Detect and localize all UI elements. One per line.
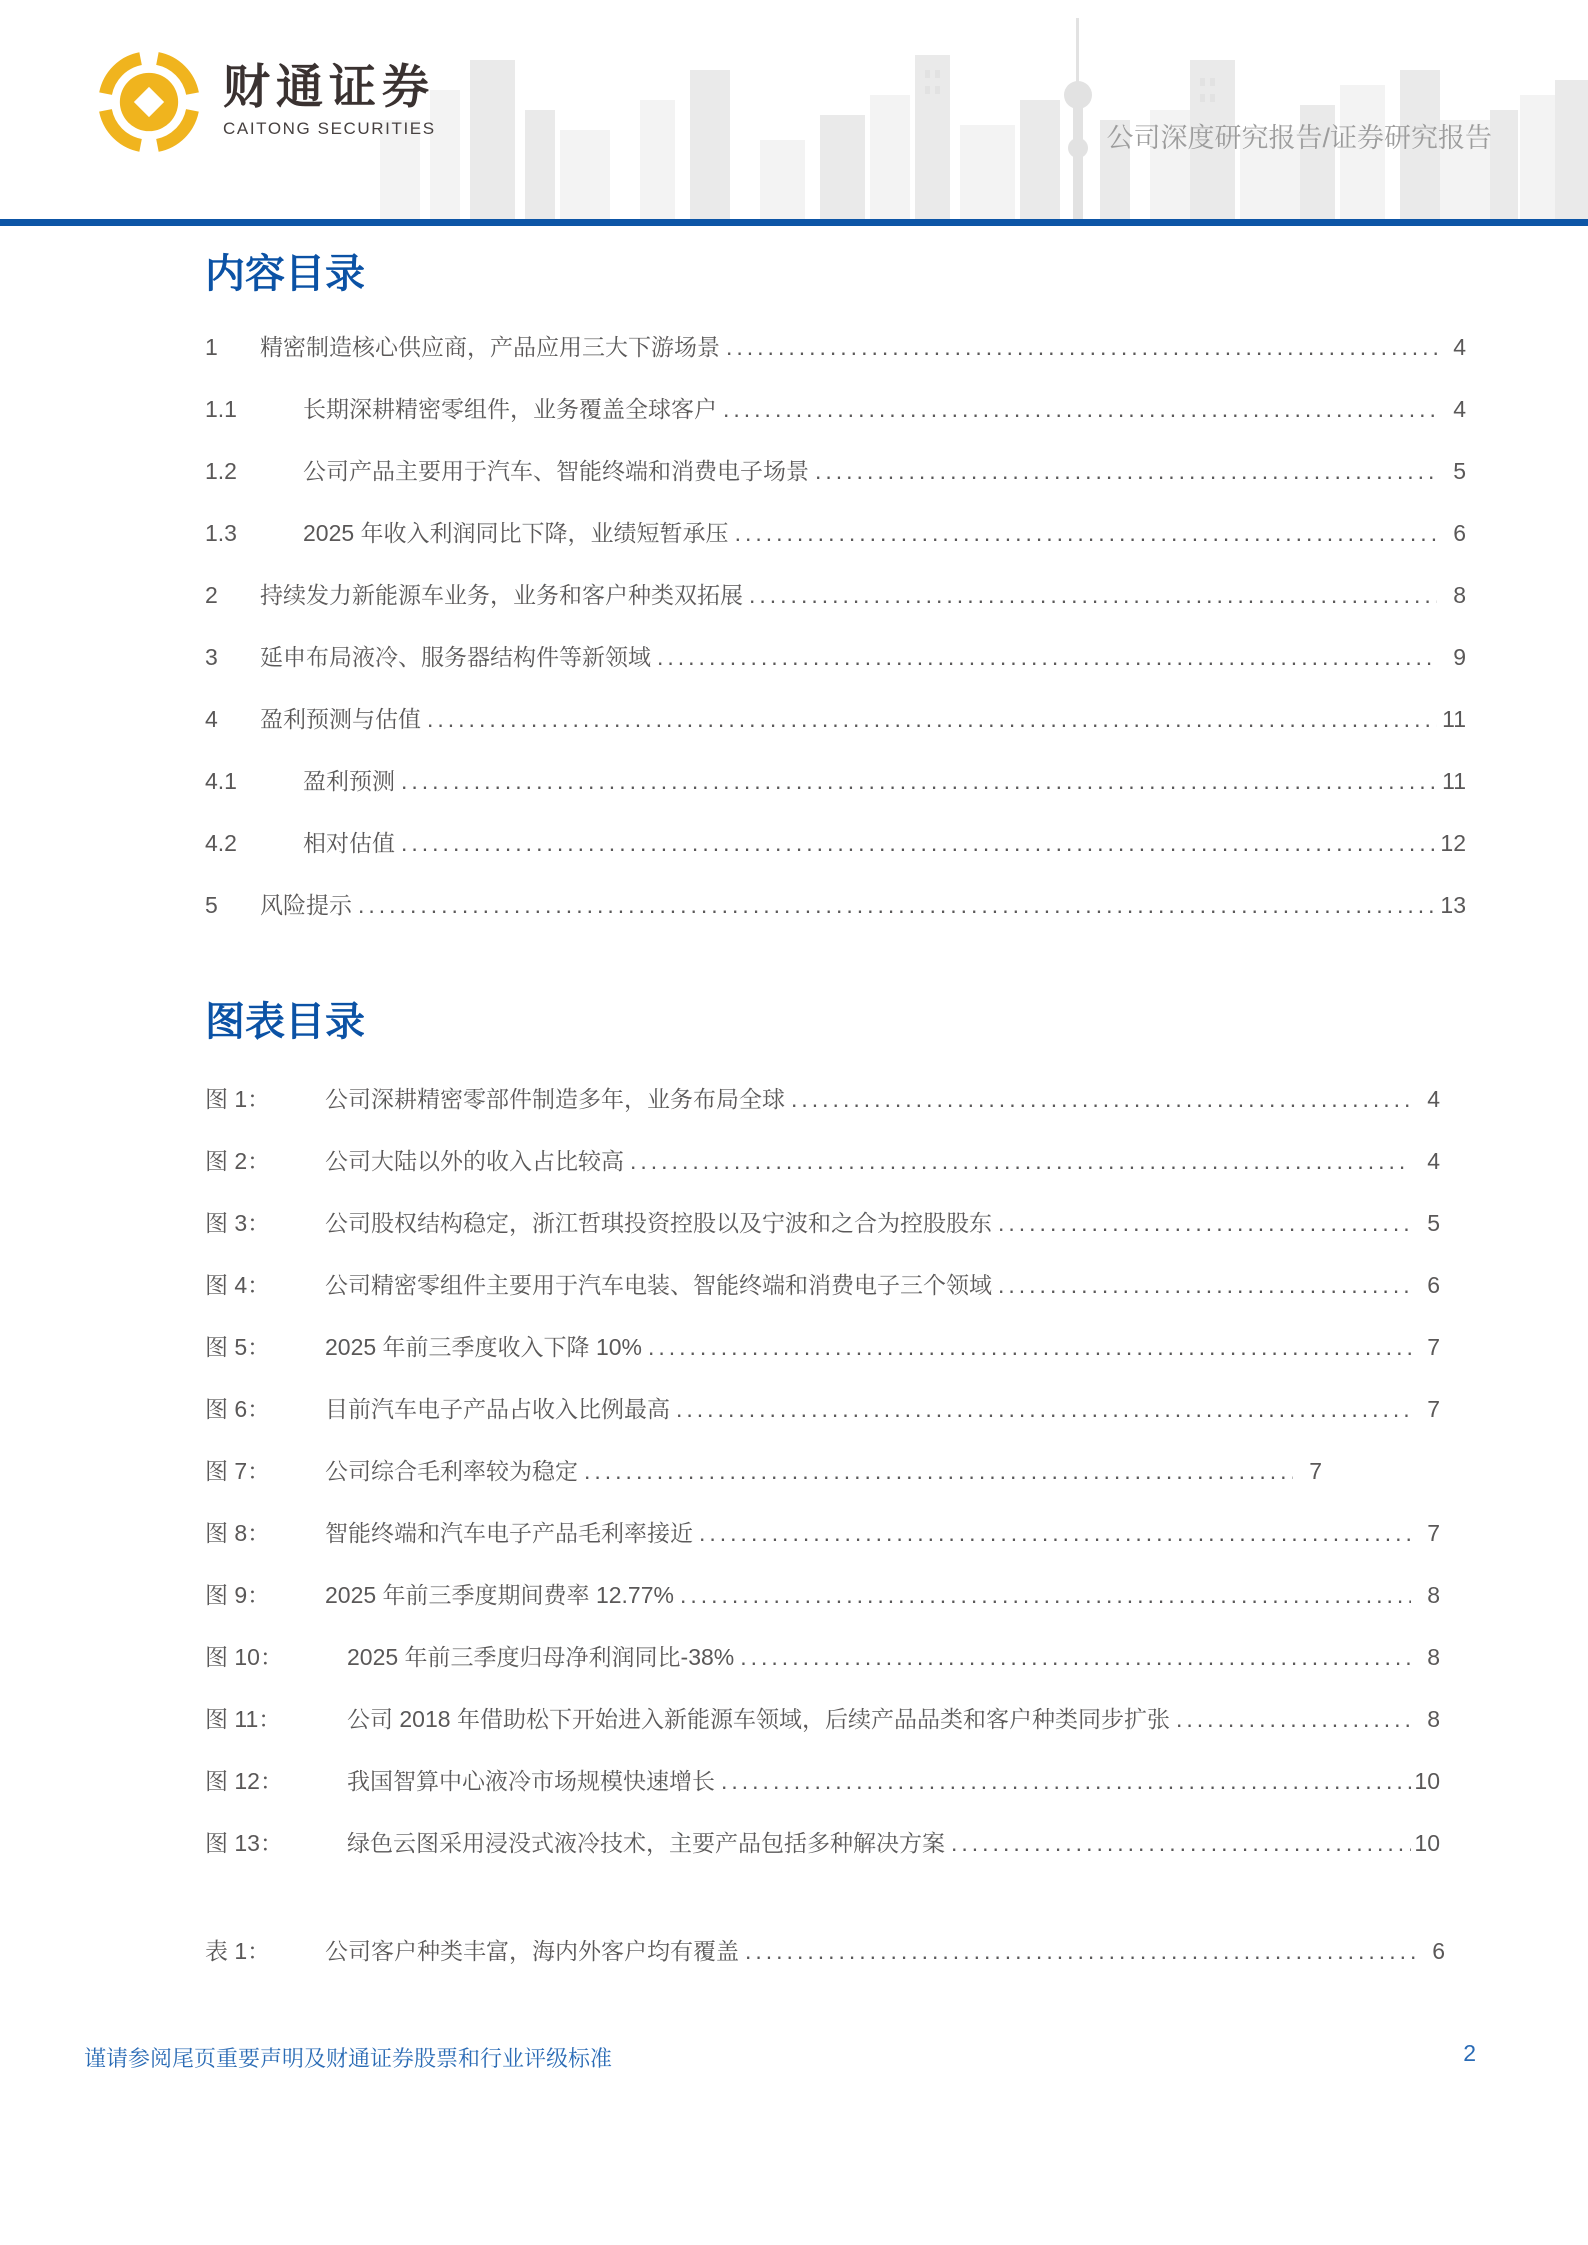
entry-line: 图 2：公司大陆以外的收入占比较高.......................… [205,1143,1440,1176]
entry-title: 公司产品主要用于汽车、智能终端和消费电子场景 [303,453,809,486]
dot-leader: ........................................… [401,830,1437,857]
brand-block: 财通证券 CAITONG SECURITIES [95,48,436,156]
entry-number: 1 [205,334,260,361]
entry-line: 表 1：公司客户种类丰富，海内外客户均有覆盖..................… [205,1933,1445,1966]
toc-entry[interactable]: 1.32025 年收入利润同比下降，业绩短暂承压................… [205,500,1466,562]
figure-entry[interactable]: 图 6：目前汽车电子产品占收入比例最高.....................… [205,1376,1440,1438]
dot-leader: ........................................… [676,1396,1411,1423]
entry-number: 表 1： [205,1933,325,1966]
toc-entry[interactable]: 4盈利预测与估值................................… [205,686,1466,748]
entry-line: 2持续发力新能源车业务，业务和客户种类双拓展..................… [205,577,1466,610]
entry-line: 图 3：公司股权结构稳定，浙江哲琪投资控股以及宁波和之合为控股股东.......… [205,1205,1440,1238]
entry-title: 盈利预测 [303,763,395,796]
caitong-coin-logo-icon [95,48,203,156]
entry-number: 2 [205,582,260,609]
dot-leader: ........................................… [648,1334,1411,1361]
tables-list: 表 1：公司客户种类丰富，海内外客户均有覆盖..................… [205,1918,1445,1980]
entry-title: 风险提示 [260,887,352,920]
entry-page: 4 [1414,1148,1440,1175]
report-page: 财通证券 CAITONG SECURITIES 公司深度研究报告/证券研究报告 … [0,0,1588,2245]
figures-section-title: 图表目录 [205,1000,365,1044]
dot-leader: ........................................… [427,706,1437,733]
entry-title: 公司股权结构稳定，浙江哲琪投资控股以及宁波和之合为控股股东 [325,1205,992,1238]
entry-page: 10 [1414,1768,1440,1795]
dot-leader: ........................................… [998,1210,1411,1237]
dot-leader: ........................................… [1176,1706,1411,1733]
dot-leader: ........................................… [680,1582,1411,1609]
entry-title: 绿色云图采用浸没式液冷技术，主要产品包括多种解决方案 [347,1825,945,1858]
entry-page: 4 [1440,396,1466,423]
dot-leader: ........................................… [699,1520,1411,1547]
entry-page: 6 [1414,1272,1440,1299]
entry-line: 图 9：2025 年前三季度期间费率 12.77%...............… [205,1577,1440,1610]
figure-entry[interactable]: 图 13：绿色云图采用浸没式液冷技术，主要产品包括多种解决方案.........… [205,1810,1440,1872]
figure-entry[interactable]: 图 1：公司深耕精密零部件制造多年，业务布局全球................… [205,1066,1440,1128]
entry-number: 4.2 [205,830,303,857]
figure-entry[interactable]: 图 4：公司精密零组件主要用于汽车电装、智能终端和消费电子三个领域.......… [205,1252,1440,1314]
toc-entry[interactable]: 1.2公司产品主要用于汽车、智能终端和消费电子场景...............… [205,438,1466,500]
entry-line: 5风险提示...................................… [205,887,1466,920]
dot-leader: ........................................… [358,892,1437,919]
entry-title: 公司大陆以外的收入占比较高 [325,1143,624,1176]
entry-line: 图 10：2025 年前三季度归母净利润同比-38%..............… [205,1639,1440,1672]
figure-entry[interactable]: 图 12：我国智算中心液冷市场规模快速增长...................… [205,1748,1440,1810]
figure-entry[interactable]: 图 10：2025 年前三季度归母净利润同比-38%..............… [205,1624,1440,1686]
toc-entry[interactable]: 1精密制造核心供应商，产品应用三大下游场景...................… [205,314,1466,376]
entry-page: 11 [1440,768,1466,795]
entry-page: 7 [1414,1520,1440,1547]
entry-title: 持续发力新能源车业务，业务和客户种类双拓展 [260,577,743,610]
entry-line: 4.1盈利预测.................................… [205,763,1466,796]
entry-line: 1.2公司产品主要用于汽车、智能终端和消费电子场景...............… [205,453,1466,486]
entry-title: 2025 年前三季度归母净利润同比-38% [347,1639,734,1672]
entry-title: 精密制造核心供应商，产品应用三大下游场景 [260,329,720,362]
figure-entry[interactable]: 图 7：公司综合毛利率较为稳定.........................… [205,1438,1440,1500]
dot-leader: ........................................… [584,1458,1293,1485]
toc-entry[interactable]: 1.1长期深耕精密零组件，业务覆盖全球客户...................… [205,376,1466,438]
dot-leader: ........................................… [630,1148,1411,1175]
entry-line: 图 12：我国智算中心液冷市场规模快速增长...................… [205,1763,1440,1796]
entry-page: 8 [1440,582,1466,609]
dot-leader: ........................................… [721,1768,1411,1795]
entry-number: 图 3： [205,1205,325,1238]
entry-number: 图 1： [205,1081,325,1114]
entry-number: 4.1 [205,768,303,795]
entry-line: 图 8：智能终端和汽车电子产品毛利率接近....................… [205,1515,1440,1548]
entry-number: 1.1 [205,396,303,423]
entry-page: 7 [1414,1396,1440,1423]
entry-title: 智能终端和汽车电子产品毛利率接近 [325,1515,693,1548]
entry-title: 公司综合毛利率较为稳定 [325,1453,578,1486]
entry-number: 图 2： [205,1143,325,1176]
dot-leader: ........................................… [815,458,1437,485]
entry-page: 6 [1440,520,1466,547]
brand-name-cn: 财通证券 [223,65,436,112]
dot-leader: ........................................… [726,334,1437,361]
dot-leader: ........................................… [401,768,1437,795]
entry-page: 5 [1414,1210,1440,1237]
entry-line: 图 13：绿色云图采用浸没式液冷技术，主要产品包括多种解决方案.........… [205,1825,1440,1858]
entry-page: 13 [1440,892,1466,919]
entry-title: 公司精密零组件主要用于汽车电装、智能终端和消费电子三个领域 [325,1267,992,1300]
entry-title: 相对估值 [303,825,395,858]
entry-page: 8 [1414,1706,1440,1733]
entry-title: 2025 年收入利润同比下降，业绩短暂承压 [303,515,729,548]
entry-page: 6 [1419,1938,1445,1965]
entry-number: 图 9： [205,1577,325,1610]
entry-number: 图 6： [205,1391,325,1424]
entry-page: 11 [1440,706,1466,733]
figure-entry[interactable]: 图 11：公司 2018 年借助松下开始进入新能源车领域，后续产品品类和客户种类… [205,1686,1440,1748]
entry-line: 4盈利预测与估值................................… [205,701,1466,734]
report-type-label: 公司深度研究报告/证券研究报告 [1106,116,1492,155]
toc-entry[interactable]: 5风险提示...................................… [205,872,1466,934]
entry-page: 4 [1414,1086,1440,1113]
entry-number: 3 [205,644,260,671]
entry-title: 公司客户种类丰富，海内外客户均有覆盖 [325,1933,739,1966]
entry-number: 图 12： [205,1763,347,1796]
entry-number: 图 5： [205,1329,325,1362]
entry-page: 4 [1440,334,1466,361]
entry-line: 图 11：公司 2018 年借助松下开始进入新能源车领域，后续产品品类和客户种类… [205,1701,1440,1734]
entry-page: 7 [1296,1458,1322,1485]
figure-entry[interactable]: 图 3：公司股权结构稳定，浙江哲琪投资控股以及宁波和之合为控股股东.......… [205,1190,1440,1252]
figure-entry[interactable]: 图 9：2025 年前三季度期间费率 12.77%...............… [205,1562,1440,1624]
entry-number: 5 [205,892,260,919]
dot-leader: ........................................… [745,1938,1416,1965]
figure-entry[interactable]: 图 2：公司大陆以外的收入占比较高.......................… [205,1128,1440,1190]
dot-leader: ........................................… [998,1272,1411,1299]
entry-page: 7 [1414,1334,1440,1361]
entry-page: 12 [1440,830,1466,857]
entry-line: 3延申布局液冷、服务器结构件等新领域......................… [205,639,1466,672]
entry-line: 1.1长期深耕精密零组件，业务覆盖全球客户...................… [205,391,1466,424]
brand-name-en: CAITONG SECURITIES [223,119,436,139]
entry-line: 图 7：公司综合毛利率较为稳定.........................… [205,1453,1322,1486]
entry-page: 9 [1440,644,1466,671]
entry-title: 2025 年前三季度期间费率 12.77% [325,1577,674,1610]
figures-list: 图 1：公司深耕精密零部件制造多年，业务布局全球................… [205,1066,1440,1872]
dot-leader: ........................................… [723,396,1437,423]
figure-entry[interactable]: 图 8：智能终端和汽车电子产品毛利率接近....................… [205,1500,1440,1562]
header-divider-line [0,219,1588,226]
dot-leader: ........................................… [657,644,1437,671]
toc-entry[interactable]: 4.1盈利预测.................................… [205,748,1466,810]
entry-line: 图 6：目前汽车电子产品占收入比例最高.....................… [205,1391,1440,1424]
entry-number: 图 11： [205,1701,347,1734]
entry-line: 1精密制造核心供应商，产品应用三大下游场景...................… [205,329,1466,362]
entry-line: 1.32025 年收入利润同比下降，业绩短暂承压................… [205,515,1466,548]
entry-number: 图 7： [205,1453,325,1486]
entry-number: 4 [205,706,260,733]
toc-list: 1精密制造核心供应商，产品应用三大下游场景...................… [205,314,1466,934]
entry-line: 图 1：公司深耕精密零部件制造多年，业务布局全球................… [205,1081,1440,1114]
entry-title: 我国智算中心液冷市场规模快速增长 [347,1763,715,1796]
entry-title: 公司深耕精密零部件制造多年，业务布局全球 [325,1081,785,1114]
entry-page: 8 [1414,1644,1440,1671]
entry-page: 8 [1414,1582,1440,1609]
entry-line: 图 5：2025 年前三季度收入下降 10%..................… [205,1329,1440,1362]
brand-text: 财通证券 CAITONG SECURITIES [223,65,436,139]
entry-page: 5 [1440,458,1466,485]
entry-page: 10 [1414,1830,1440,1857]
entry-title: 公司 2018 年借助松下开始进入新能源车领域，后续产品品类和客户种类同步扩张 [347,1701,1170,1734]
entry-number: 图 8： [205,1515,325,1548]
entry-number: 图 4： [205,1267,325,1300]
toc-entry[interactable]: 2持续发力新能源车业务，业务和客户种类双拓展..................… [205,562,1466,624]
dot-leader: ........................................… [951,1830,1411,1857]
entry-line: 图 4：公司精密零组件主要用于汽车电装、智能终端和消费电子三个领域.......… [205,1267,1440,1300]
footer-page-number: 2 [1463,2040,1476,2067]
dot-leader: ........................................… [749,582,1437,609]
toc-entry[interactable]: 3延申布局液冷、服务器结构件等新领域......................… [205,624,1466,686]
dot-leader: ........................................… [735,520,1437,547]
table-entry[interactable]: 表 1：公司客户种类丰富，海内外客户均有覆盖..................… [205,1918,1445,1980]
figure-entry[interactable]: 图 5：2025 年前三季度收入下降 10%..................… [205,1314,1440,1376]
entry-title: 盈利预测与估值 [260,701,421,734]
footer-disclaimer: 谨请参阅尾页重要声明及财通证券股票和行业评级标准 [84,2042,612,2073]
dot-leader: ........................................… [791,1086,1411,1113]
dot-leader: ........................................… [740,1644,1411,1671]
toc-entry[interactable]: 4.2相对估值.................................… [205,810,1466,872]
entry-title: 2025 年前三季度收入下降 10% [325,1329,642,1362]
entry-title: 延申布局液冷、服务器结构件等新领域 [260,639,651,672]
entry-title: 目前汽车电子产品占收入比例最高 [325,1391,670,1424]
toc-section-title: 内容目录 [205,252,365,296]
entry-title: 长期深耕精密零组件，业务覆盖全球客户 [303,391,717,424]
entry-number: 图 13： [205,1825,347,1858]
entry-number: 图 10： [205,1639,347,1672]
entry-line: 4.2相对估值.................................… [205,825,1466,858]
entry-number: 1.3 [205,520,303,547]
entry-number: 1.2 [205,458,303,485]
